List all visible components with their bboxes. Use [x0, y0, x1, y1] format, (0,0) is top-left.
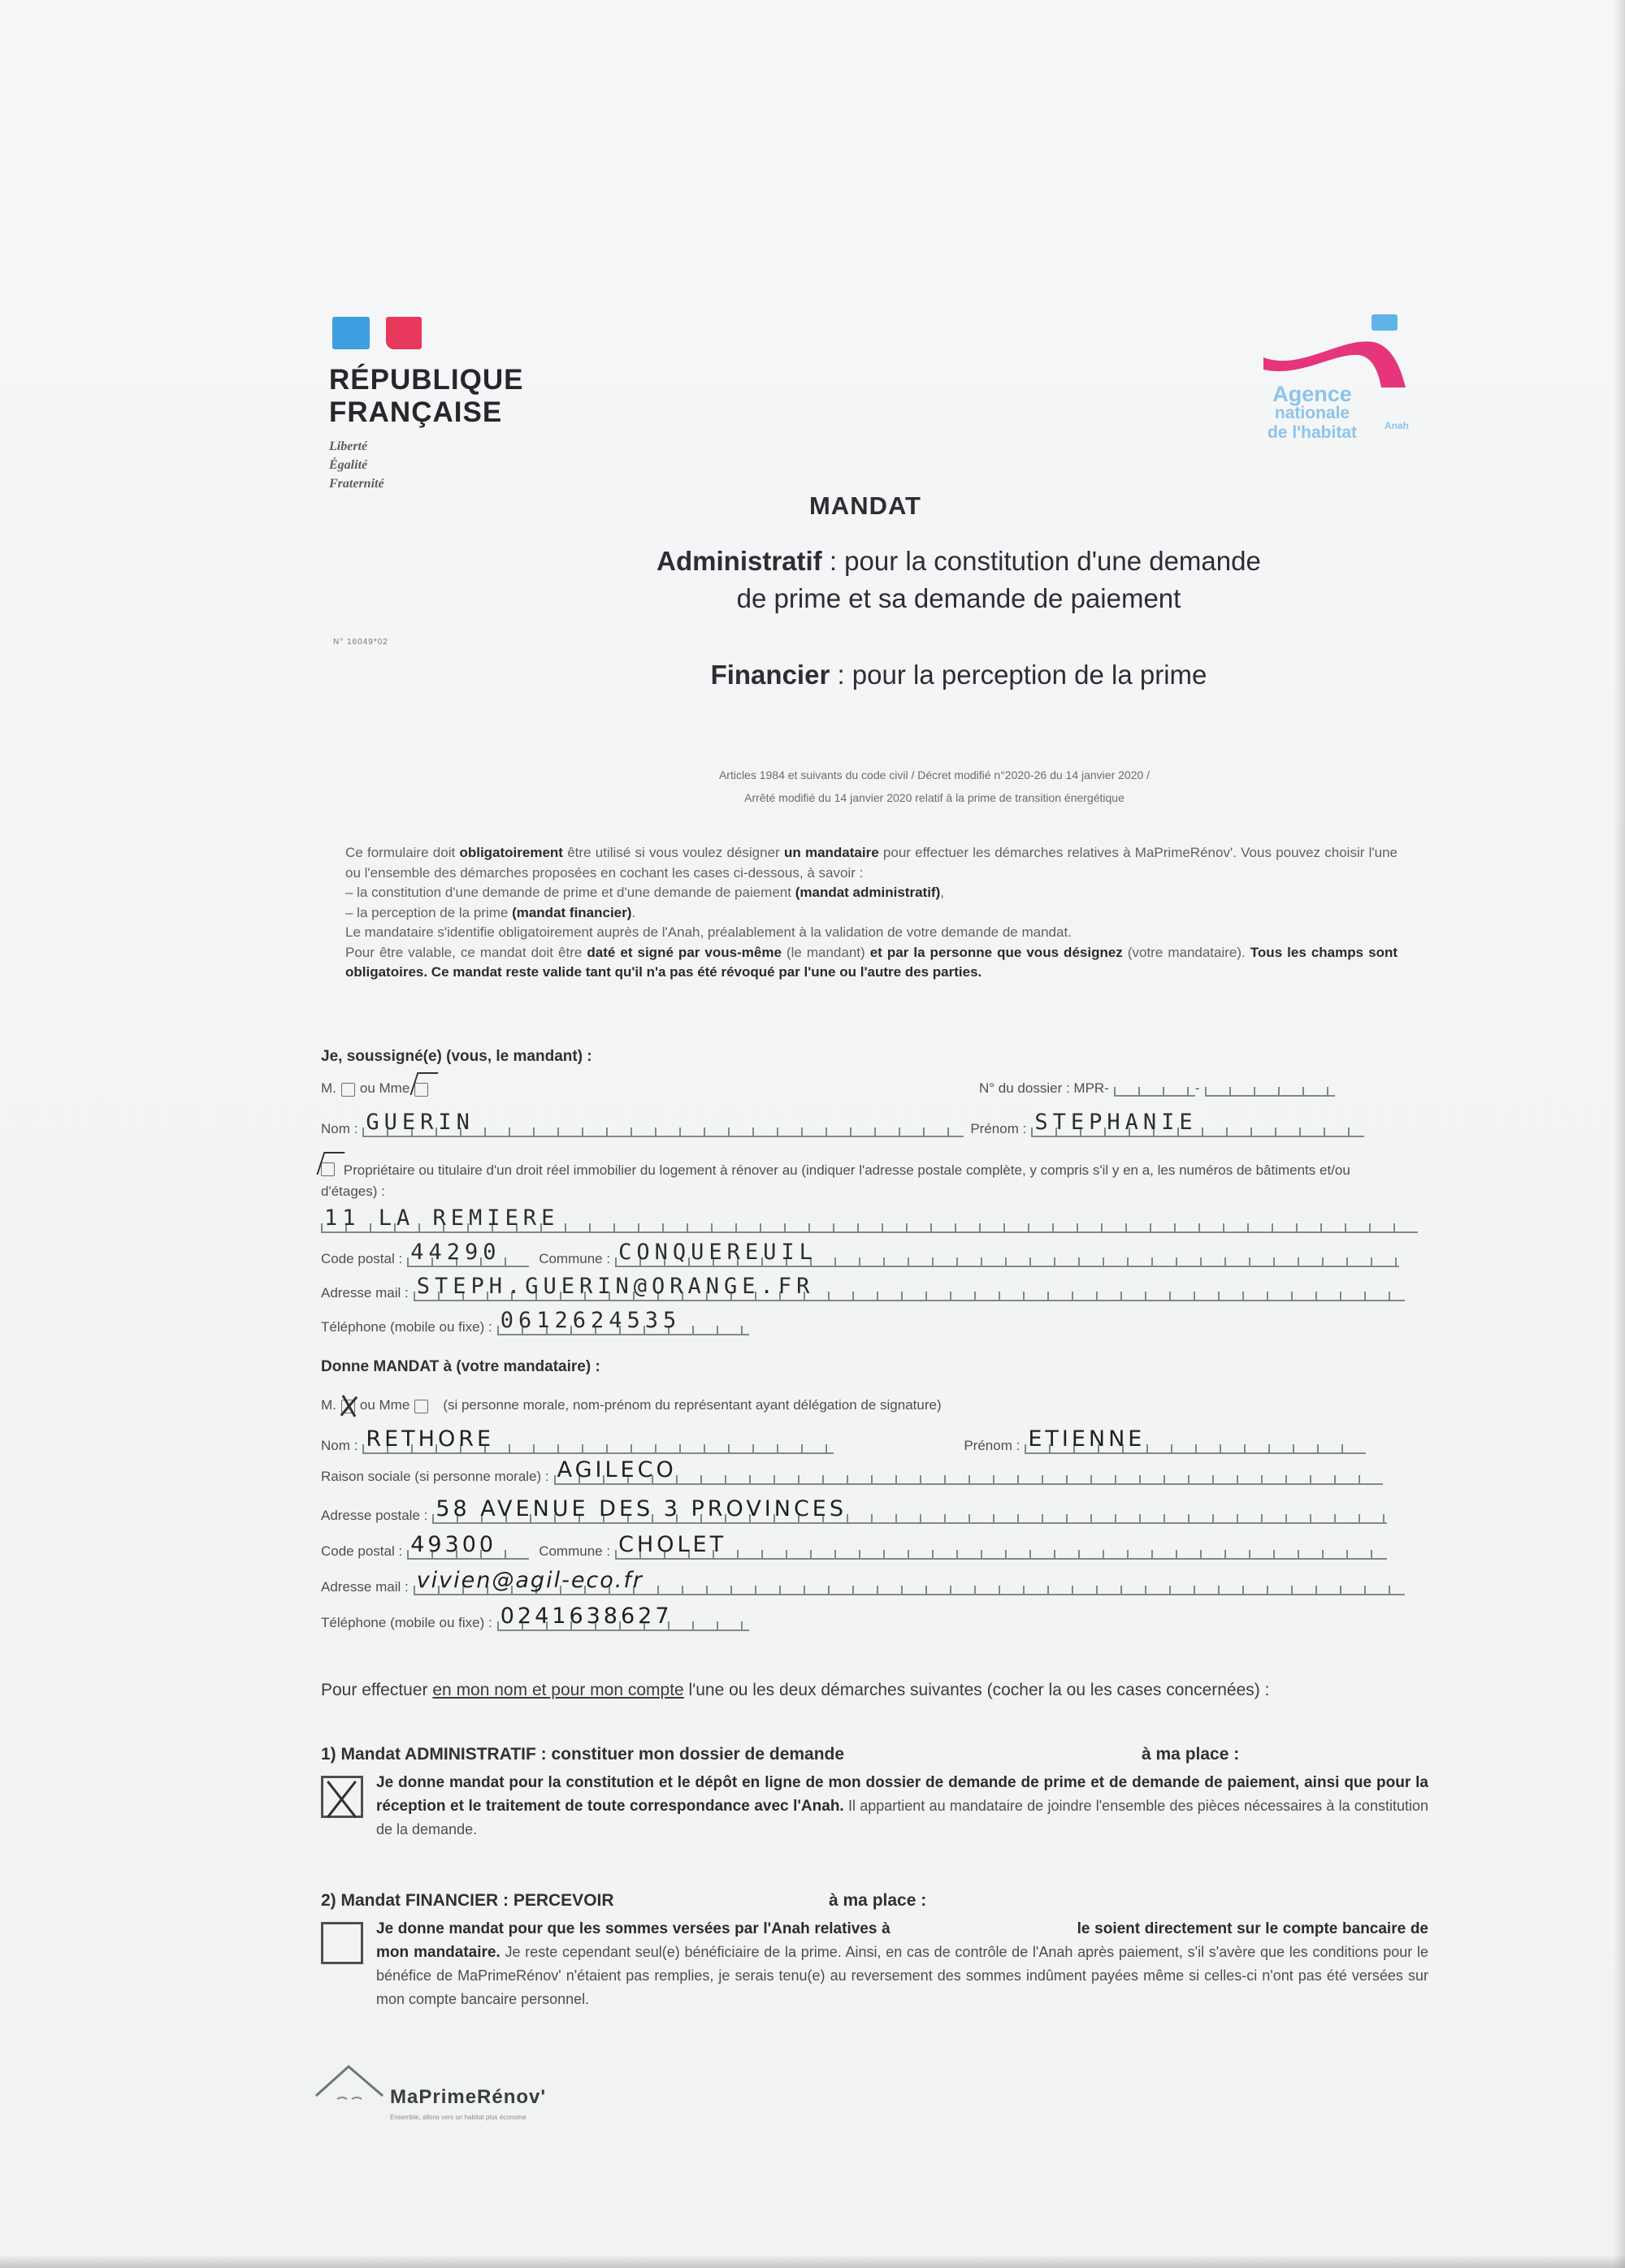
legal-references: Articles 1984 et suivants du code civil …	[617, 764, 1251, 809]
mandant-phone-row: Téléphone (mobile ou fixe) : 0612624535	[321, 1311, 749, 1335]
mandant-heading: Je, soussigné(e) (vous, le mandant) :	[321, 1048, 592, 1066]
mandant-address-row: 11 LA REMIERE	[321, 1209, 1418, 1233]
mandataire-address-field[interactable]: 58 AVENUE DES 3 PROVINCES	[432, 1500, 1387, 1524]
mandataire-phone-field[interactable]: 0241638627	[497, 1607, 749, 1631]
mandant-prenom-field[interactable]: STEPHANIE	[1031, 1113, 1364, 1137]
mandataire-email-field[interactable]: vivien@agil-eco.fr	[414, 1571, 1405, 1595]
mandataire-commune-field[interactable]: CHOLET	[615, 1535, 1387, 1560]
mandataire-cp-row: Code postal : 49300 Commune : CHOLET	[321, 1535, 1387, 1560]
mandant-email-row: Adresse mail : STEPH.GUERIN@ORANGE.FR	[321, 1277, 1405, 1301]
dossier-field-part1[interactable]	[1114, 1072, 1195, 1097]
intro-paragraph: Ce formulaire doit obligatoirement être …	[345, 843, 1397, 983]
marianne-flag-icon	[329, 317, 427, 353]
mandate-administratif-checkbox[interactable]	[321, 1776, 363, 1818]
subtitle-administratif: Administratif : pour la constitution d'u…	[561, 543, 1357, 617]
republic-line-1: RÉPUBLIQUE	[329, 364, 523, 396]
mandant-commune-field[interactable]: CONQUEREUIL	[615, 1243, 1399, 1267]
mandate-financier-checkbox[interactable]	[321, 1922, 363, 1964]
mandant-email-field[interactable]: STEPH.GUERIN@ORANGE.FR	[414, 1277, 1405, 1301]
mandataire-address-row: Adresse postale : 58 AVENUE DES 3 PROVIN…	[321, 1500, 1387, 1524]
maprimerenov-logo: MaPrimeRénov' Ensemble, allons vers un h…	[313, 2063, 605, 2128]
mandate-financier: 2) Mandat FINANCIER : PERCEVOIR à ma pla…	[321, 1891, 1426, 1911]
mandataire-raison-row: Raison sociale (si personne morale) : AG…	[321, 1461, 1383, 1485]
mandate-administratif: 1) Mandat ADMINISTRATIF : constituer mon…	[321, 1745, 1426, 1764]
mandant-mme-checkbox[interactable]	[414, 1083, 428, 1097]
mandant-name-row: Nom : GUERIN Prénom : STEPHANIE	[321, 1113, 1426, 1137]
mandant-cp-field[interactable]: 44290	[407, 1243, 529, 1267]
mandataire-name-row: Nom : RETHORE Prénom : ETIENNE	[321, 1430, 1426, 1454]
cerfa-number: N° 16049*02	[333, 638, 388, 647]
republic-motto: Liberté Égalité Fraternité	[329, 437, 523, 493]
mandant-phone-field[interactable]: 0612624535	[497, 1311, 749, 1335]
mandataire-email-row: Adresse mail : vivien@agil-eco.fr	[321, 1571, 1405, 1595]
mandataire-cp-field[interactable]: 49300	[407, 1535, 529, 1560]
mandataire-prenom-field[interactable]: ETIENNE	[1025, 1430, 1366, 1454]
page-edge-shadow	[1614, 0, 1625, 2268]
owner-row: Propriétaire ou titulaire d'un droit rée…	[321, 1160, 1410, 1202]
mandataire-civility-row: M. ou Mme (si personne morale, nom-préno…	[321, 1397, 942, 1413]
house-roof-icon	[313, 2063, 394, 2112]
mandant-address-field[interactable]: 11 LA REMIERE	[321, 1209, 1418, 1233]
republique-francaise-logo: RÉPUBLIQUE FRANÇAISE Liberté Égalité Fra…	[329, 317, 523, 493]
mandataire-m-checkbox[interactable]	[341, 1400, 355, 1413]
mandant-cp-row: Code postal : 44290 Commune : CONQUEREUI…	[321, 1243, 1399, 1267]
republic-line-2: FRANÇAISE	[329, 396, 523, 429]
mandataire-mme-checkbox[interactable]	[414, 1400, 428, 1413]
document-title: MANDAT	[0, 491, 1625, 521]
dossier-field-part2[interactable]	[1205, 1072, 1335, 1097]
mandant-nom-field[interactable]: GUERIN	[362, 1113, 964, 1137]
subtitle-financier: Financier : pour la perception de la pri…	[561, 656, 1357, 694]
mandataire-phone-row: Téléphone (mobile ou fixe) : 0241638627	[321, 1607, 749, 1631]
mandataire-raison-field[interactable]: AGILECO	[554, 1461, 1383, 1485]
mandataire-nom-field[interactable]: RETHORE	[362, 1430, 834, 1454]
mandataire-heading: Donne MANDAT à (votre mandataire) :	[321, 1358, 600, 1376]
page-bottom-shadow	[0, 2255, 1625, 2268]
mandate-choice-intro: Pour effectuer en mon nom et pour mon co…	[321, 1677, 1426, 1703]
owner-checkbox[interactable]	[321, 1162, 335, 1176]
dossier-label: N° du dossier : MPR-	[979, 1080, 1109, 1097]
scanned-page: RÉPUBLIQUE FRANÇAISE Liberté Égalité Fra…	[0, 0, 1625, 2268]
anah-logo: Agence nationale de l'habitat Anah	[1259, 313, 1422, 467]
mandant-civility-row: M. ou Mme N° du dossier : MPR- -	[321, 1080, 1426, 1097]
mandant-m-checkbox[interactable]	[341, 1083, 355, 1097]
